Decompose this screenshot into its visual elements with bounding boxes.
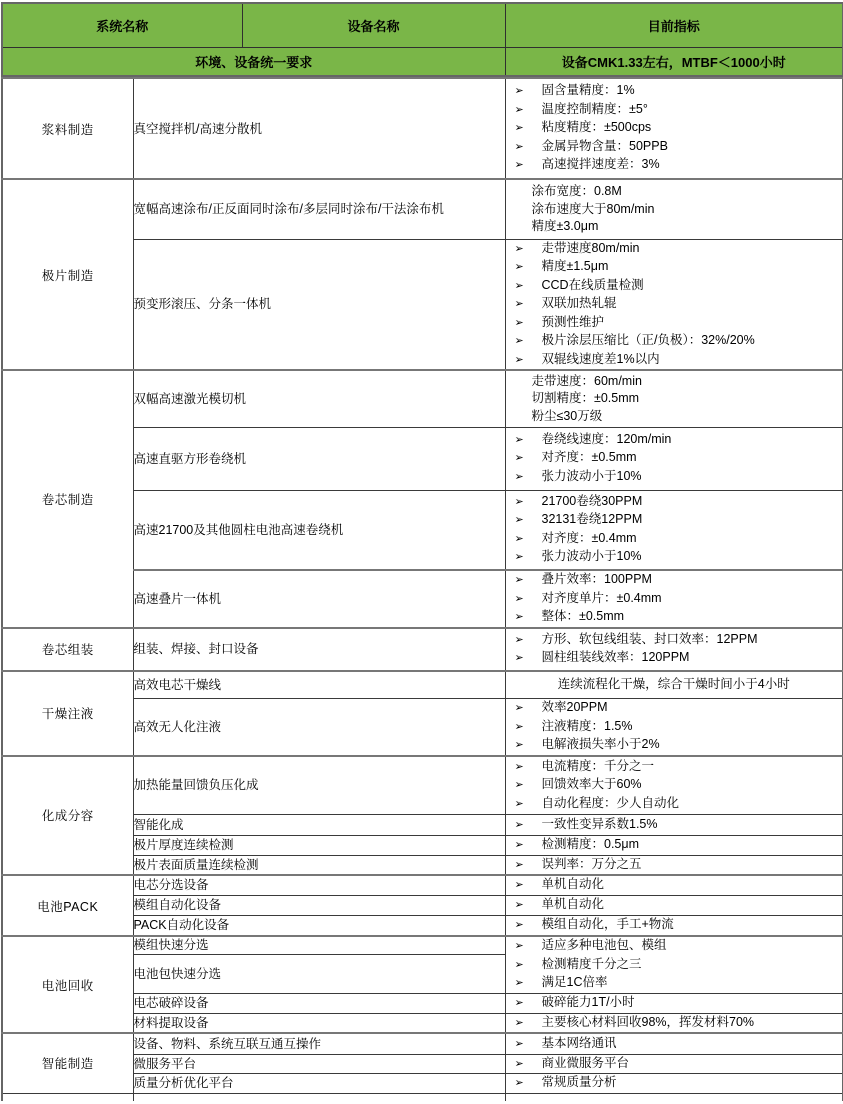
arrow-bullet-icon: ➢ — [506, 591, 542, 609]
device-cell: 组装、焊接、封口设备 — [133, 628, 505, 671]
indicator-line: ➢注液精度：1.5% — [506, 718, 843, 737]
indicator-cell: ➢电流精度：千分之一➢回馈效率大于60%➢自动化程度：少人自动化 — [505, 756, 843, 815]
indicator-cell: ➢走带速度80m/min➢精度±1.5μm➢CCD在线质量检测➢双联加热轧辊➢预… — [505, 239, 843, 370]
device-cell: 质量分析优化平台 — [133, 1074, 505, 1094]
indicator-text: 高速搅拌速度差：3% — [542, 156, 660, 174]
indicator-line: ➢自动化程度：少人自动化 — [506, 795, 843, 814]
indicator-cell: 涂布宽度：0.8M涂布速度大于80m/min精度±3.0μm — [505, 179, 843, 239]
indicator-text: 涂布宽度：0.8M — [532, 183, 622, 201]
indicator-cell: 连续流程化干燥，综合干燥时间小于4小时 — [505, 671, 843, 699]
indicator-text: 粘度精度：±500cps — [542, 119, 652, 137]
indicator-line: ➢主要核心材料回收98%，挥发材料70% — [506, 1014, 843, 1033]
arrow-bullet-icon: ➢ — [506, 432, 542, 450]
indicator-line: ➢电流精度：千分之一 — [506, 758, 843, 777]
table-row: 卷芯制造双幅高速激光模切机走带速度：60m/min切割精度：±0.5mm粉尘≤3… — [2, 370, 843, 427]
indicator-cell: ➢破碎能力1T/小时 — [505, 993, 843, 1013]
indicator-text: 叠片效率：100PPM — [542, 571, 652, 589]
system-cell: 智能制造 — [2, 1033, 133, 1093]
indicator-line: ➢满足1C倍率 — [506, 974, 843, 993]
indicator-line: ➢检测精度：0.5μm — [506, 836, 843, 855]
device-cell: 电芯破碎设备 — [133, 993, 505, 1013]
device-cell: 模组自动化设备 — [133, 895, 505, 915]
indicator-line: ➢效率20PPM — [506, 699, 843, 718]
indicator-line: ➢32131卷绕12PPM — [506, 511, 843, 530]
arrow-bullet-icon: ➢ — [506, 494, 542, 512]
device-cell: 预变形滚压、分条一体机 — [133, 239, 505, 370]
device-cell: PACK自动化设备 — [133, 915, 505, 936]
indicator-text: 效率20PPM — [542, 699, 608, 717]
indicator-text: 金属异物含量：50PPB — [542, 138, 668, 156]
system-cell: 卷芯制造 — [2, 370, 133, 628]
indicator-text: 极片涂层压缩比（正/负极）：32%/20% — [542, 332, 755, 350]
arrow-bullet-icon: ➢ — [506, 719, 542, 737]
indicator-line: ➢双辊线速度差1%以内 — [506, 351, 843, 370]
indicator-line: 涂布速度大于80m/min — [506, 201, 843, 219]
arrow-bullet-icon: ➢ — [506, 877, 542, 895]
indicator-cell: ➢单机自动化 — [505, 875, 843, 895]
device-cell: 材料提取设备 — [133, 1013, 505, 1033]
indicator-cell: ➢固含量精度：1%➢温度控制精度：±5°➢粘度精度：±500cps➢金属异物含量… — [505, 78, 843, 179]
indicator-text: 检测精度千分之三 — [542, 956, 642, 974]
indicator-text: 回馈效率大于60% — [542, 776, 642, 794]
indicator-line: ➢张力波动小于10% — [506, 548, 843, 567]
indicator-line: 涂布宽度：0.8M — [506, 183, 843, 201]
indicator-line: ➢单机自动化 — [506, 896, 843, 915]
indicator-cell: ➢适应多种电池包、模组➢检测精度千分之三➢满足1C倍率 — [505, 936, 843, 993]
indicator-text: 固含量精度：1% — [542, 82, 635, 100]
indicator-cell: ➢叠片效率：100PPM➢对齐度单片：±0.4mm➢整体：±0.5mm — [505, 570, 843, 628]
indicator-text: 适应多种电池包、模组 — [542, 937, 667, 955]
indicator-line: ➢检测精度千分之三 — [506, 956, 843, 975]
indicator-text: 连续流程化干燥，综合干燥时间小于4小时 — [558, 676, 790, 694]
indicator-line: ➢整体：±0.5mm — [506, 608, 843, 627]
indicator-cell: 走带速度：60m/min切割精度：±0.5mm粉尘≤30万级 — [505, 370, 843, 427]
indicator-text: 32131卷绕12PPM — [542, 511, 643, 529]
device-cell: 微服务平台 — [133, 1054, 505, 1074]
indicator-text: 双辊线速度差1%以内 — [542, 351, 660, 369]
indicator-cell: ➢单机自动化 — [505, 895, 843, 915]
indicator-text: 涂布速度大于80m/min — [532, 201, 655, 219]
indicator-cell: ➢卷绕线速度：120m/min➢对齐度：±0.5mm➢张力波动小于10% — [505, 427, 843, 490]
table-row: 干燥注液高效电芯干燥线连续流程化干燥，综合干燥时间小于4小时 — [2, 671, 843, 699]
arrow-bullet-icon: ➢ — [506, 995, 542, 1013]
device-cell: 智能化成 — [133, 815, 505, 836]
indicator-text: 一致性变异系数1.5% — [542, 816, 658, 834]
indicator-text: 单机自动化 — [542, 896, 605, 914]
indicator-text: 张力波动小于10% — [542, 468, 642, 486]
system-cell: 干燥注液 — [2, 671, 133, 756]
arrow-bullet-icon: ➢ — [506, 650, 542, 668]
arrow-bullet-icon: ➢ — [506, 1015, 542, 1033]
indicator-line: ➢预测性维护 — [506, 314, 843, 333]
indicator-text: 温度控制精度：±5° — [542, 101, 648, 119]
indicator-text: 精度±3.0μm — [532, 218, 599, 236]
indicator-line: ➢对齐度：±0.5mm — [506, 449, 843, 468]
indicator-line: ➢回馈效率大于60% — [506, 776, 843, 795]
system-cell: 卷芯组装 — [2, 628, 133, 671]
indicator-line: ➢温度控制精度：±5° — [506, 101, 843, 120]
header-cell-system-name: 系统名称 — [2, 3, 242, 47]
device-cell: 高效电芯干燥线 — [133, 671, 505, 699]
arrow-bullet-icon: ➢ — [506, 897, 542, 915]
indicator-text: 主要核心材料回收98%，挥发材料70% — [542, 1014, 755, 1032]
indicator-cell: ➢一致性变异系数1.5% — [505, 815, 843, 836]
indicator-text: 粉尘≤30万级 — [532, 408, 603, 426]
table-row: 智能制造设备、物料、系统互联互通互操作➢基本网络通讯 — [2, 1033, 843, 1054]
indicator-cell: ➢常规质量分析 — [505, 1074, 843, 1094]
indicator-text: 走带速度：60m/min — [532, 373, 642, 391]
device-cell: 宽幅高速涂布/正反面同时涂布/多层同时涂布/干法涂布机 — [133, 179, 505, 239]
indicator-text: 电解液损失率小于2% — [542, 736, 660, 754]
system-cell: 电池PACK — [2, 875, 133, 936]
indicator-line: ➢21700卷绕30PPM — [506, 493, 843, 512]
arrow-bullet-icon: ➢ — [506, 737, 542, 755]
arrow-bullet-icon: ➢ — [506, 352, 542, 370]
indicator-text: 对齐度单片：±0.4mm — [542, 590, 662, 608]
indicator-cell: ➢检测精度：0.5μm — [505, 836, 843, 856]
indicator-line: ➢电解液损失率小于2% — [506, 736, 843, 755]
indicator-text: 商业微服务平台 — [542, 1055, 630, 1073]
indicator-line: 连续流程化干燥，综合干燥时间小于4小时 — [506, 676, 843, 694]
system-cell: 浆料制造 — [2, 78, 133, 179]
system-cell: 电池回收 — [2, 936, 133, 1033]
indicator-text: 误判率：万分之五 — [542, 856, 642, 874]
indicator-line: ➢商业微服务平台 — [506, 1055, 843, 1074]
indicator-cell: ➢21700卷绕30PPM➢32131卷绕12PPM➢对齐度：±0.4mm➢张力… — [505, 490, 843, 570]
indicator-text: 满足1C倍率 — [542, 974, 608, 992]
arrow-bullet-icon: ➢ — [506, 278, 542, 296]
indicator-line: ➢对齐度单片：±0.4mm — [506, 590, 843, 609]
device-cell: 加热能量回馈负压化成 — [133, 756, 505, 815]
unified-indicator-cell: 设备CMK1.33左右，MTBF＜1000小时 — [505, 47, 843, 76]
indicator-line: ➢适应多种电池包、模组 — [506, 937, 843, 956]
arrow-bullet-icon: ➢ — [506, 139, 542, 157]
table-header: 系统名称 设备名称 目前指标 环境、设备统一要求 设备CMK1.33左右，MTB… — [1, 2, 843, 77]
arrow-bullet-icon: ➢ — [506, 917, 542, 935]
device-cell: 高速直驱方形卷绕机 — [133, 427, 505, 490]
arrow-bullet-icon: ➢ — [506, 632, 542, 650]
empty-cell — [133, 1093, 505, 1101]
table-body: 浆料制造真空搅拌机/高速分散机➢固含量精度：1%➢温度控制精度：±5°➢粘度精度… — [1, 77, 843, 1101]
arrow-bullet-icon: ➢ — [506, 83, 542, 101]
indicator-line: ➢对齐度：±0.4mm — [506, 530, 843, 549]
indicator-text: 走带速度80m/min — [542, 240, 640, 258]
system-cell: 极片制造 — [2, 179, 133, 370]
device-cell: 电芯分选设备 — [133, 875, 505, 895]
indicator-text: 基本网络通讯 — [542, 1035, 617, 1053]
arrow-bullet-icon: ➢ — [506, 102, 542, 120]
indicator-text: 精度±1.5μm — [542, 258, 609, 276]
indicator-line: ➢走带速度80m/min — [506, 240, 843, 259]
indicator-line: ➢高速搅拌速度差：3% — [506, 156, 843, 175]
indicator-text: 张力波动小于10% — [542, 548, 642, 566]
device-cell: 高速叠片一体机 — [133, 570, 505, 628]
table-row-partial — [2, 1093, 843, 1101]
indicator-line: ➢一致性变异系数1.5% — [506, 816, 843, 835]
table-row: 电池PACK电芯分选设备➢单机自动化 — [2, 875, 843, 895]
arrow-bullet-icon: ➢ — [506, 333, 542, 351]
table-row: 化成分容加热能量回馈负压化成➢电流精度：千分之一➢回馈效率大于60%➢自动化程度… — [2, 756, 843, 815]
device-cell: 极片表面质量连续检测 — [133, 855, 505, 875]
indicator-line: ➢方形、软包线组装、封口效率：12PPM — [506, 631, 843, 650]
device-cell: 高速21700及其他圆柱电池高速卷绕机 — [133, 490, 505, 570]
unified-requirement-cell: 环境、设备统一要求 — [2, 47, 505, 76]
arrow-bullet-icon: ➢ — [506, 572, 542, 590]
arrow-bullet-icon: ➢ — [506, 315, 542, 333]
indicator-line: ➢误判率：万分之五 — [506, 856, 843, 875]
indicator-text: 整体：±0.5mm — [542, 608, 625, 626]
indicator-cell: ➢基本网络通讯 — [505, 1033, 843, 1054]
indicator-text: 预测性维护 — [542, 314, 605, 332]
empty-cell — [2, 1093, 133, 1101]
device-cell: 设备、物料、系统互联互通互操作 — [133, 1033, 505, 1054]
indicator-line: 切割精度：±0.5mm — [506, 390, 843, 408]
indicator-text: 模组自动化，手工+物流 — [542, 916, 674, 934]
indicator-text: 自动化程度：少人自动化 — [542, 795, 680, 813]
indicator-text: 21700卷绕30PPM — [542, 493, 643, 511]
spec-table-sheet: 系统名称 设备名称 目前指标 环境、设备统一要求 设备CMK1.33左右，MTB… — [0, 0, 843, 1104]
arrow-bullet-icon: ➢ — [506, 759, 542, 777]
indicator-cell: ➢效率20PPM➢注液精度：1.5%➢电解液损失率小于2% — [505, 699, 843, 756]
arrow-bullet-icon: ➢ — [506, 296, 542, 314]
indicator-line: ➢张力波动小于10% — [506, 468, 843, 487]
table-row: 极片制造宽幅高速涂布/正反面同时涂布/多层同时涂布/干法涂布机涂布宽度：0.8M… — [2, 179, 843, 239]
indicator-line: ➢基本网络通讯 — [506, 1035, 843, 1054]
arrow-bullet-icon: ➢ — [506, 796, 542, 814]
header-cell-current-indicator: 目前指标 — [505, 3, 843, 47]
device-cell: 电池包快速分选 — [133, 954, 505, 993]
arrow-bullet-icon: ➢ — [506, 938, 542, 956]
indicator-text: 切割精度：±0.5mm — [532, 390, 640, 408]
header-cell-device-name: 设备名称 — [242, 3, 505, 47]
table-row: 浆料制造真空搅拌机/高速分散机➢固含量精度：1%➢温度控制精度：±5°➢粘度精度… — [2, 78, 843, 179]
arrow-bullet-icon: ➢ — [506, 1036, 542, 1054]
indicator-text: 对齐度：±0.5mm — [542, 449, 637, 467]
indicator-line: ➢固含量精度：1% — [506, 82, 843, 101]
indicator-text: CCD在线质量检测 — [542, 277, 644, 295]
unified-requirement-row: 环境、设备统一要求 设备CMK1.33左右，MTBF＜1000小时 — [2, 47, 843, 76]
indicator-text: 双联加热轧辊 — [542, 295, 617, 313]
arrow-bullet-icon: ➢ — [506, 241, 542, 259]
arrow-bullet-icon: ➢ — [506, 120, 542, 138]
arrow-bullet-icon: ➢ — [506, 817, 542, 835]
indicator-text: 卷绕线速度：120m/min — [542, 431, 672, 449]
device-cell: 高效无人化注液 — [133, 699, 505, 756]
indicator-cell: ➢商业微服务平台 — [505, 1054, 843, 1074]
indicator-line: ➢精度±1.5μm — [506, 258, 843, 277]
indicator-line: ➢双联加热轧辊 — [506, 295, 843, 314]
arrow-bullet-icon: ➢ — [506, 837, 542, 855]
indicator-text: 圆柱组装线效率：120PPM — [542, 649, 690, 667]
indicator-cell: ➢主要核心材料回收98%，挥发材料70% — [505, 1013, 843, 1033]
indicator-cell: ➢方形、软包线组装、封口效率：12PPM➢圆柱组装线效率：120PPM — [505, 628, 843, 671]
arrow-bullet-icon: ➢ — [506, 700, 542, 718]
arrow-bullet-icon: ➢ — [506, 450, 542, 468]
system-cell: 化成分容 — [2, 756, 133, 876]
arrow-bullet-icon: ➢ — [506, 157, 542, 175]
arrow-bullet-icon: ➢ — [506, 1075, 542, 1093]
indicator-text: 破碎能力1T/小时 — [542, 994, 635, 1012]
device-cell: 模组快速分选 — [133, 936, 505, 954]
device-cell: 极片厚度连续检测 — [133, 836, 505, 856]
indicator-text: 电流精度：千分之一 — [542, 758, 655, 776]
table-row: 电池回收模组快速分选➢适应多种电池包、模组➢检测精度千分之三➢满足1C倍率 — [2, 936, 843, 954]
arrow-bullet-icon: ➢ — [506, 609, 542, 627]
arrow-bullet-icon: ➢ — [506, 512, 542, 530]
arrow-bullet-icon: ➢ — [506, 531, 542, 549]
arrow-bullet-icon: ➢ — [506, 549, 542, 567]
indicator-text: 对齐度：±0.4mm — [542, 530, 637, 548]
indicator-line: 粉尘≤30万级 — [506, 408, 843, 426]
indicator-text: 单机自动化 — [542, 876, 605, 894]
indicator-line: ➢极片涂层压缩比（正/负极）：32%/20% — [506, 332, 843, 351]
indicator-line: ➢模组自动化，手工+物流 — [506, 916, 843, 935]
indicator-line: ➢粘度精度：±500cps — [506, 119, 843, 138]
arrow-bullet-icon: ➢ — [506, 957, 542, 975]
indicator-line: ➢圆柱组装线效率：120PPM — [506, 649, 843, 668]
indicator-line: 走带速度：60m/min — [506, 373, 843, 391]
indicator-line: ➢CCD在线质量检测 — [506, 277, 843, 296]
indicator-cell: ➢误判率：万分之五 — [505, 855, 843, 875]
table-row: 卷芯组装组装、焊接、封口设备➢方形、软包线组装、封口效率：12PPM➢圆柱组装线… — [2, 628, 843, 671]
indicator-line: ➢常规质量分析 — [506, 1074, 843, 1093]
indicator-text: 常规质量分析 — [542, 1074, 617, 1092]
arrow-bullet-icon: ➢ — [506, 469, 542, 487]
indicator-line: ➢金属异物含量：50PPB — [506, 138, 843, 157]
indicator-text: 检测精度：0.5μm — [542, 836, 640, 854]
device-cell: 双幅高速激光模切机 — [133, 370, 505, 427]
device-cell: 真空搅拌机/高速分散机 — [133, 78, 505, 179]
arrow-bullet-icon: ➢ — [506, 259, 542, 277]
arrow-bullet-icon: ➢ — [506, 975, 542, 993]
indicator-line: ➢单机自动化 — [506, 876, 843, 895]
indicator-text: 方形、软包线组装、封口效率：12PPM — [542, 631, 758, 649]
indicator-line: ➢卷绕线速度：120m/min — [506, 431, 843, 450]
empty-cell — [505, 1093, 843, 1101]
indicator-line: ➢叠片效率：100PPM — [506, 571, 843, 590]
indicator-cell: ➢模组自动化，手工+物流 — [505, 915, 843, 936]
indicator-text: 注液精度：1.5% — [542, 718, 633, 736]
arrow-bullet-icon: ➢ — [506, 857, 542, 875]
arrow-bullet-icon: ➢ — [506, 777, 542, 795]
indicator-line: ➢破碎能力1T/小时 — [506, 994, 843, 1013]
arrow-bullet-icon: ➢ — [506, 1056, 542, 1074]
indicator-line: 精度±3.0μm — [506, 218, 843, 236]
header-row: 系统名称 设备名称 目前指标 — [2, 3, 843, 47]
